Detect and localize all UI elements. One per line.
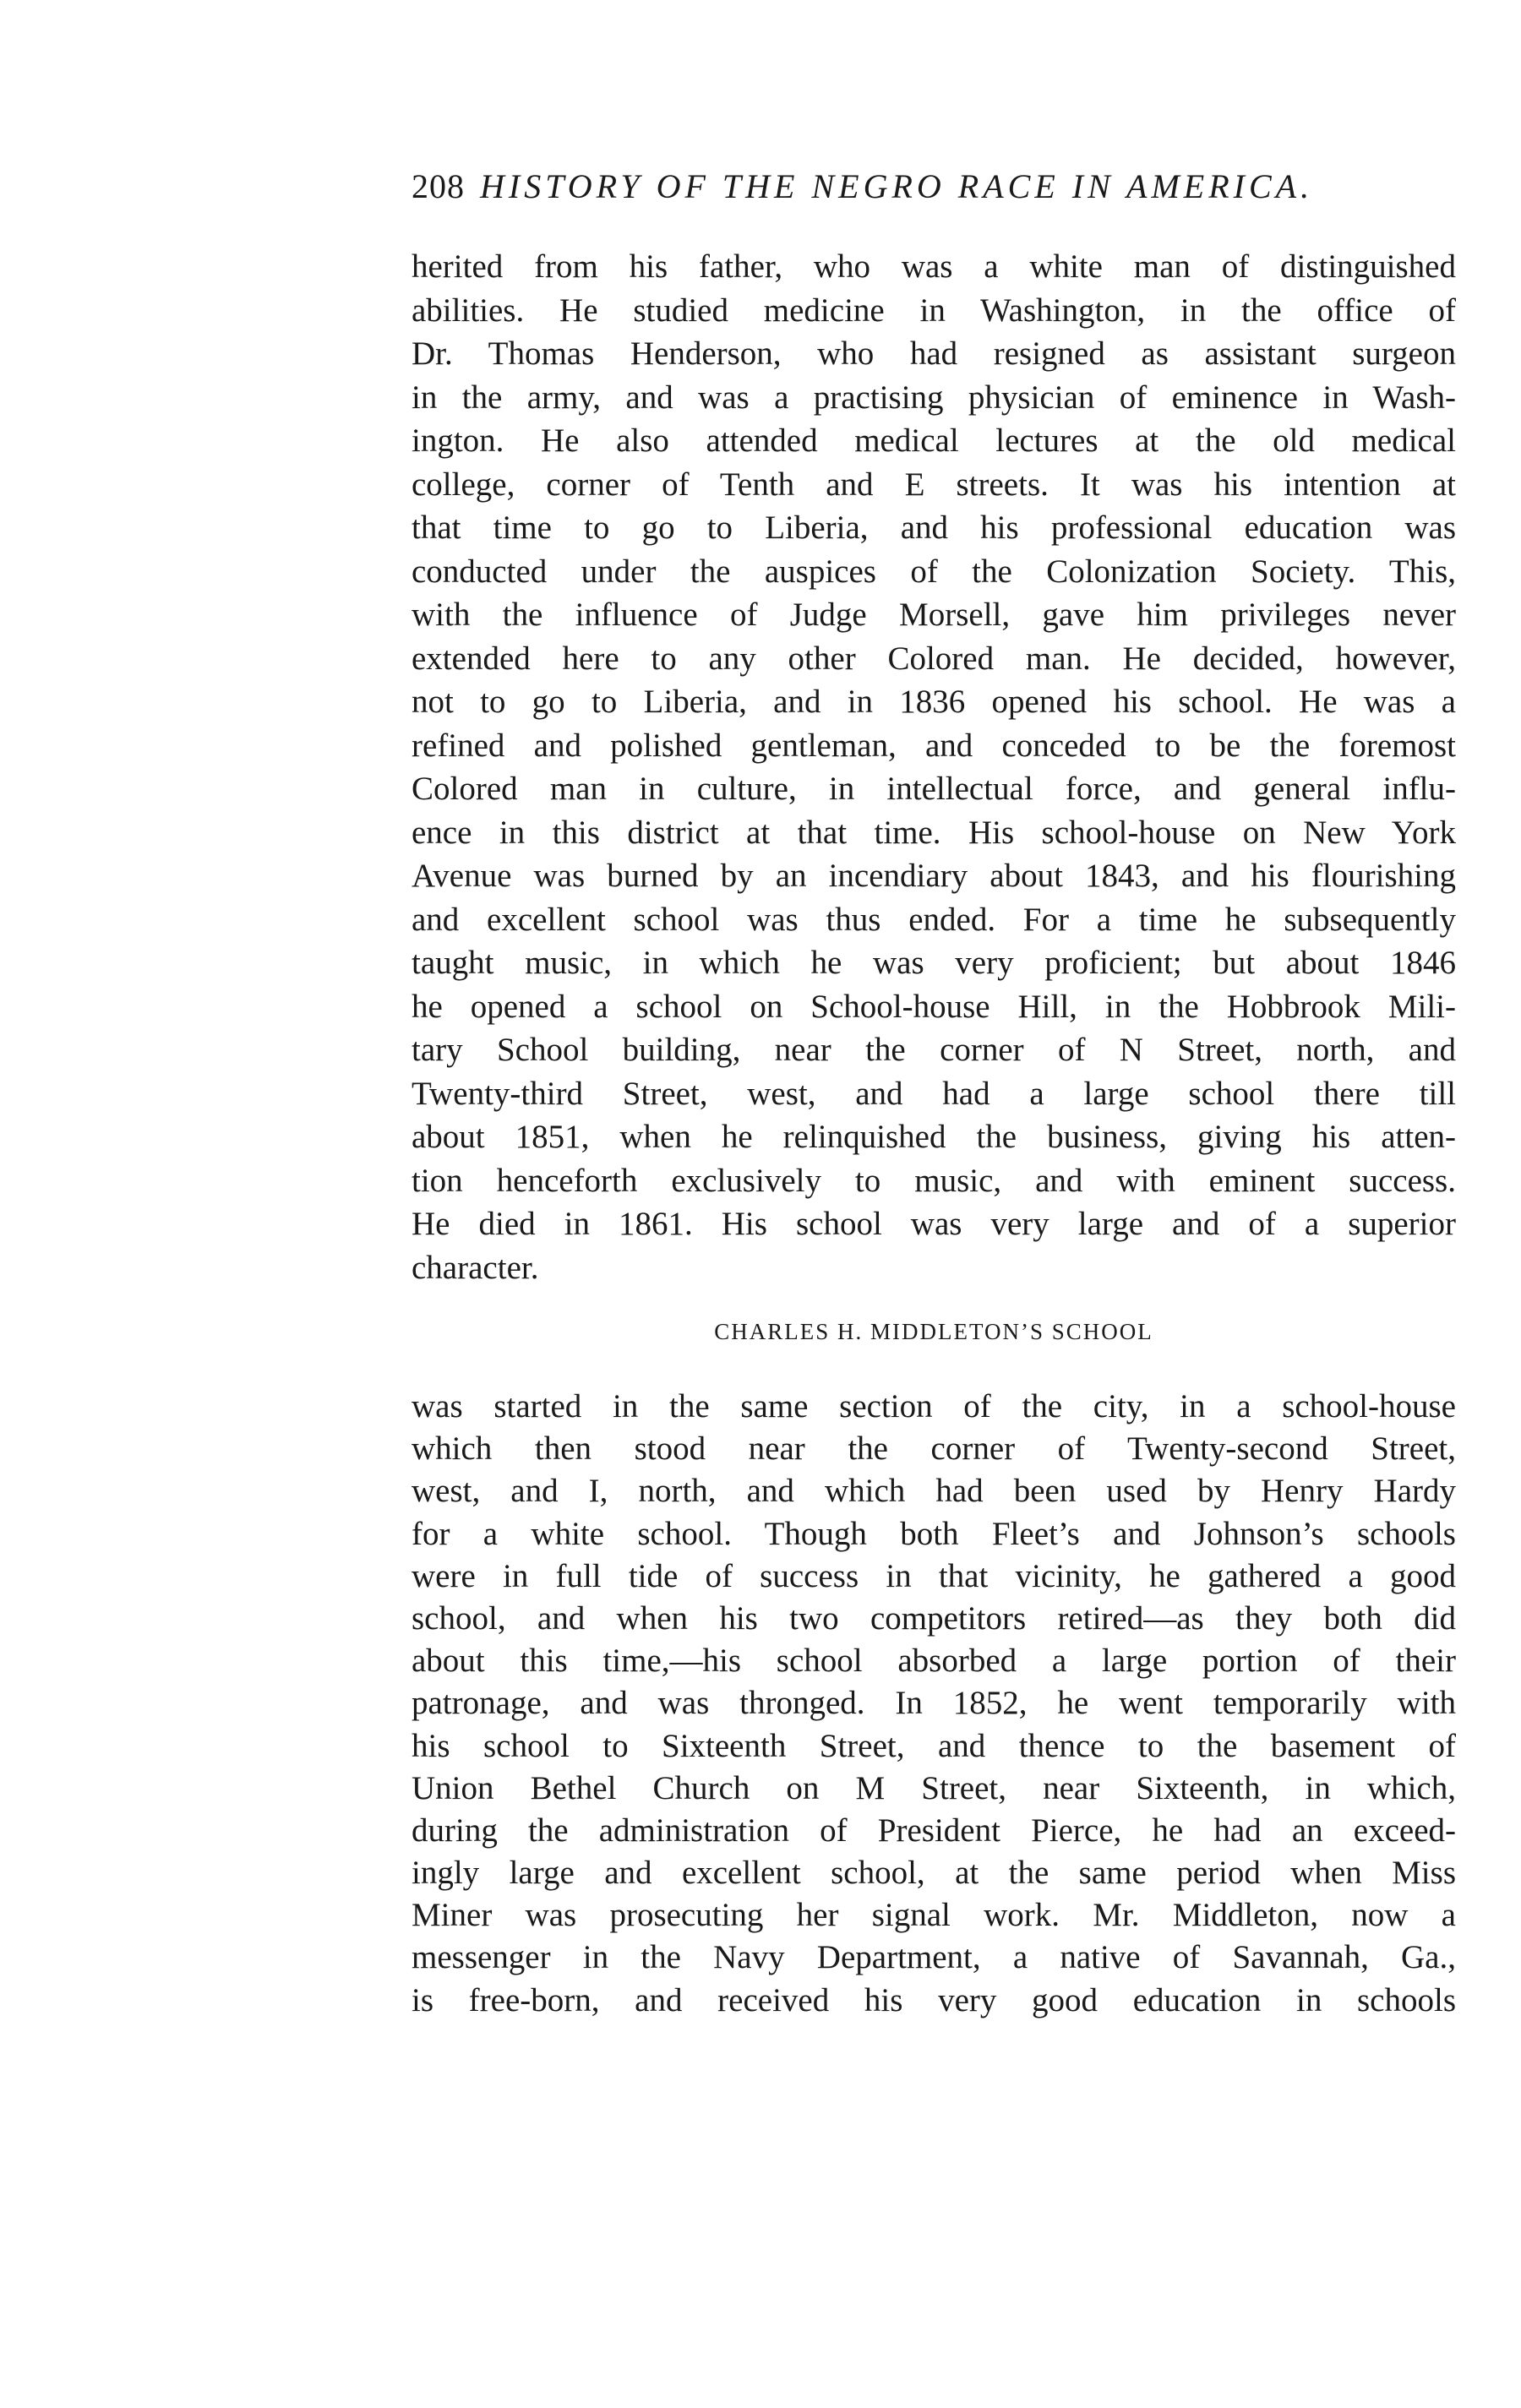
text-line: herited from his father, who was a white…: [412, 245, 1456, 289]
text-line: Dr. Thomas Henderson, who had resigned a…: [412, 332, 1456, 376]
running-head: 208HISTORY OF THE NEGRO RACE IN AMERICA.: [412, 166, 1313, 208]
text-line: Union Bethel Church on M Street, near Si…: [412, 1768, 1456, 1810]
text-line: with the influence of Judge Morsell, gav…: [412, 593, 1456, 637]
text-line: refined and polished gentleman, and conc…: [412, 724, 1456, 768]
text-line: for a white school. Though both Fleet’s …: [412, 1513, 1456, 1555]
text-line: abilities. He studied medicine in Washin…: [412, 289, 1456, 333]
text-line: about this time,—his school absorbed a l…: [412, 1640, 1456, 1682]
text-line: his school to Sixteenth Street, and then…: [412, 1725, 1456, 1768]
text-line: about 1851, when he relinquished the bus…: [412, 1115, 1456, 1159]
section-heading: CHARLES H. MIDDLETON’S SCHOOL: [412, 1316, 1456, 1347]
text-line: is free-born, and received his very good…: [412, 1980, 1456, 2022]
text-line: in the army, and was a practising physic…: [412, 376, 1456, 420]
text-line: character.: [412, 1246, 1456, 1290]
text-line: tion henceforth exclusively to music, an…: [412, 1159, 1456, 1203]
book-title: HISTORY OF THE NEGRO RACE IN AMERICA.: [480, 167, 1313, 205]
text-line: college, corner of Tenth and E streets. …: [412, 463, 1456, 507]
text-line: that time to go to Liberia, and his prof…: [412, 506, 1456, 550]
text-line: patronage, and was thronged. In 1852, he…: [412, 1682, 1456, 1724]
text-line: not to go to Liberia, and in 1836 opened…: [412, 680, 1456, 724]
page-number: 208: [412, 167, 465, 205]
text-line: during the administration of President P…: [412, 1810, 1456, 1852]
text-line: was started in the same section of the c…: [412, 1386, 1456, 1428]
text-line: conducted under the auspices of the Colo…: [412, 550, 1456, 594]
text-line: which then stood near the corner of Twen…: [412, 1428, 1456, 1470]
text-line: Twenty-third Street, west, and had a lar…: [412, 1072, 1456, 1116]
text-line: Miner was prosecuting her signal work. M…: [412, 1894, 1456, 1937]
text-line: taught music, in which he was very profi…: [412, 941, 1456, 985]
text-line: ington. He also attended medical lecture…: [412, 419, 1456, 463]
text-line: ingly large and excellent school, at the…: [412, 1852, 1456, 1894]
text-line: were in full tide of success in that vic…: [412, 1555, 1456, 1598]
text-line: school, and when his two competitors ret…: [412, 1598, 1456, 1640]
text-line: west, and I, north, and which had been u…: [412, 1470, 1456, 1512]
text-line: He died in 1861. His school was very lar…: [412, 1202, 1456, 1246]
text-line: Colored man in culture, in intellectual …: [412, 767, 1456, 811]
paragraph-2: was started in the same section of the c…: [412, 1386, 1456, 2022]
text-line: and excellent school was thus ended. For…: [412, 898, 1456, 942]
text-line: tary School building, near the corner of…: [412, 1028, 1456, 1072]
text-line: Avenue was burned by an incendiary about…: [412, 854, 1456, 898]
text-line: extended here to any other Colored man. …: [412, 637, 1456, 681]
paragraph-1: herited from his father, who was a white…: [412, 245, 1456, 1289]
text-line: he opened a school on School-house Hill,…: [412, 985, 1456, 1029]
text-line: ence in this district at that time. His …: [412, 811, 1456, 855]
book-page: 208HISTORY OF THE NEGRO RACE IN AMERICA.…: [412, 0, 1456, 2408]
text-line: messenger in the Navy Department, a nati…: [412, 1937, 1456, 1979]
